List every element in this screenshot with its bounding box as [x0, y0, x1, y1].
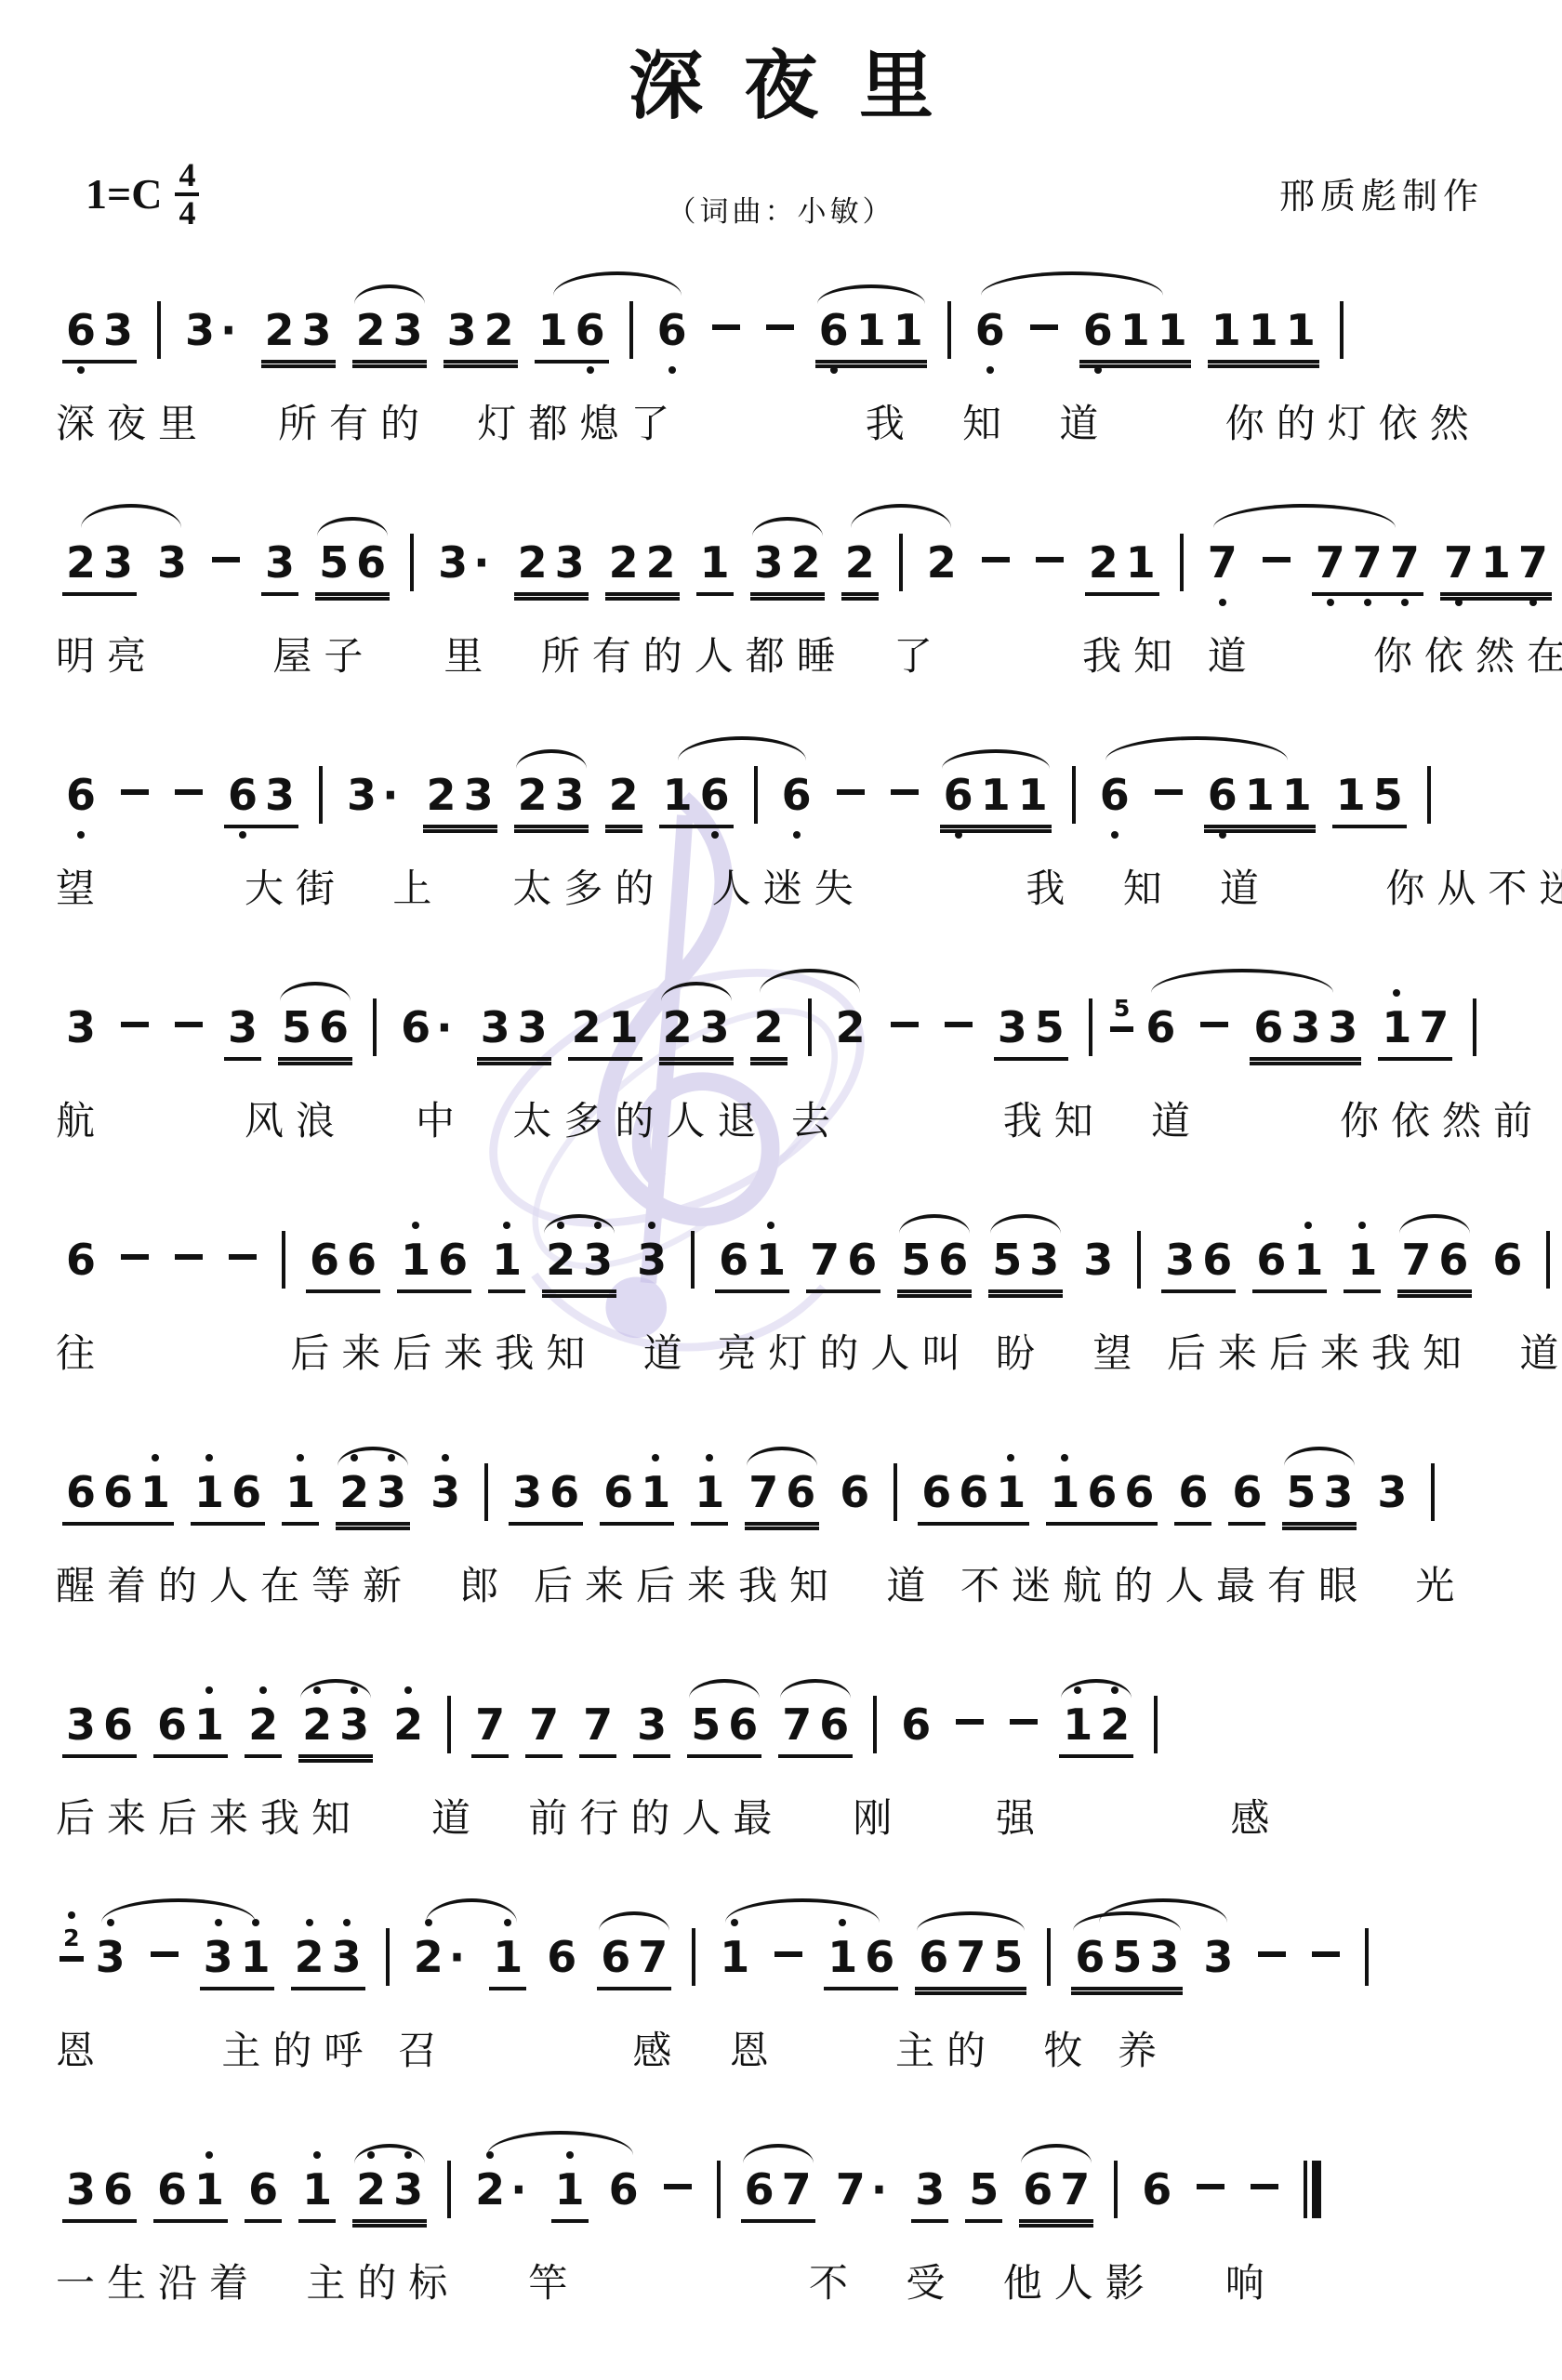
note-group: 111 — [1208, 305, 1319, 364]
note-group: 16 — [535, 305, 609, 364]
lyrics-row: 往 后来后来我知 道 亮灯的人叫 盼 望 后来后来我知 道 — [52, 1323, 1510, 1379]
note-group: 67 — [741, 2164, 815, 2223]
note-digit: 2 — [609, 537, 639, 588]
note-digit: 1 — [856, 305, 886, 355]
barline — [373, 998, 377, 1056]
note-group: 3 — [92, 1932, 129, 1987]
note-group: 23 — [542, 1235, 616, 1293]
note-digit: 1 — [1050, 1467, 1079, 1517]
note-digit: 2 — [265, 305, 295, 355]
grace-note-group: 5 — [1110, 995, 1134, 1029]
note-digit: 7 — [1444, 537, 1474, 588]
barline — [386, 1928, 390, 1986]
note-digit: 3 — [583, 1235, 613, 1285]
slur-arc — [1061, 1679, 1132, 1699]
note-digit: 2 — [1100, 1699, 1130, 1750]
note-digit: 1 — [700, 537, 730, 588]
note-group: 2· — [471, 2164, 535, 2219]
note-group: 22 — [605, 537, 680, 596]
barline — [447, 2161, 451, 2218]
note-digit: 7 — [1316, 537, 1345, 588]
slur-arc — [760, 969, 860, 993]
note-digit: 3 — [998, 1002, 1027, 1052]
note-digit: 3 — [754, 537, 784, 588]
note-digit: 1 — [695, 1467, 724, 1517]
note-digit: 6 — [157, 2164, 187, 2215]
note-group: 3 — [1199, 1932, 1237, 1987]
note-group: 3 — [911, 2164, 948, 2223]
lyrics-row: 后来后来我知 道 前行的人最 刚 强 感 — [52, 1788, 1510, 1844]
barline — [1072, 766, 1076, 824]
note-group: 31 — [200, 1932, 274, 1990]
note-digit: 6 — [66, 1235, 96, 1285]
note-group: 6 — [778, 770, 815, 825]
note-digit: 3 — [1203, 1932, 1233, 1982]
note-digit: 3 — [700, 1002, 730, 1052]
note-group: 1 — [691, 1467, 728, 1526]
duration-dash — [212, 557, 240, 562]
barline — [319, 766, 323, 824]
slur-arc — [817, 284, 925, 304]
note-digit: 3 — [555, 537, 585, 588]
note-digit: 6 — [401, 1002, 430, 1052]
note-digit: 7 — [1060, 2164, 1090, 2215]
notation-row: 6633·23232166611661115 — [52, 727, 1510, 853]
slur-arc — [487, 2131, 633, 2155]
note-group: 23 — [261, 305, 336, 364]
note-group: 1 — [282, 1467, 319, 1526]
slur-arc — [599, 1911, 669, 1931]
note-digit: 1 — [1481, 537, 1511, 588]
note-group: 67 — [597, 1932, 671, 1990]
note-group: 63 — [62, 305, 137, 364]
note-digit: 6 — [438, 1235, 468, 1285]
note-digit: 3 — [1149, 1932, 1179, 1982]
slur-arc — [338, 1447, 408, 1466]
note-group: 23 — [659, 1002, 734, 1061]
note-group: 15 — [1332, 770, 1407, 828]
note-digit: 6 — [1087, 1467, 1117, 1517]
note-digit: 3 — [66, 1699, 96, 1750]
note-digit: 6 — [347, 1235, 377, 1285]
note-digit: 6 — [1023, 2164, 1052, 2215]
note-digit: 7 — [1401, 1235, 1431, 1285]
note-digit: 2 — [427, 770, 457, 820]
slur-arc — [1399, 1214, 1470, 1234]
lyrics-row: 明亮 屋子 里 所有的人都睡 了 我知 道 你依然在守 — [52, 626, 1510, 681]
duration-dash — [151, 1951, 179, 1957]
slur-arc — [981, 271, 1163, 296]
note-group: 56 — [315, 537, 390, 596]
note-digit: 1 — [194, 2164, 224, 2215]
note-digit: 5 — [319, 537, 349, 588]
note-digit: 3 — [377, 1467, 406, 1517]
duration-dash — [1036, 557, 1064, 562]
duration-dash — [837, 789, 865, 795]
note-digit: 6 — [865, 1932, 894, 1982]
barline — [808, 998, 812, 1056]
note-group: 23 — [62, 537, 137, 596]
note-group: 7 — [579, 1699, 616, 1758]
note-digit: 2 — [572, 1002, 602, 1052]
note-group: 6 — [605, 2164, 642, 2219]
notation-row: 2331232·16671166756533 — [52, 1889, 1510, 2015]
note-digit: 2 — [546, 1235, 576, 1285]
note-group: 2 — [390, 1699, 427, 1754]
note-group: 3 — [633, 1235, 670, 1289]
note-digit: 6 — [103, 1467, 133, 1517]
note-digit: 6 — [975, 305, 1005, 355]
note-digit: 3 — [1291, 1002, 1320, 1052]
slur-arc — [544, 1214, 615, 1234]
slur-arc — [899, 1214, 970, 1234]
note-group: 6 — [836, 1467, 873, 1522]
note-digit: 6 — [232, 1467, 261, 1517]
note-group: 61 — [153, 2164, 228, 2223]
sheet-content: 深夜里 1=C 4 4 （词曲：小敏） 邢质彪制作 633·2323321666… — [0, 0, 1562, 2354]
note-digit: 2 — [248, 1699, 278, 1750]
note-digit: 2 — [484, 305, 514, 355]
barline — [1365, 1928, 1369, 1986]
note-digit: 6 — [782, 770, 812, 820]
lyrics-row: 恩 主的呼 召 感 恩 主的 牧 养 — [52, 2020, 1510, 2076]
note-digit: 3 — [1328, 1002, 1357, 1052]
duration-dash — [1010, 1719, 1038, 1725]
barline — [1546, 1231, 1550, 1289]
note-group: 32 — [443, 305, 518, 364]
duration-dash — [1251, 2184, 1278, 2189]
note-digit: 6 — [547, 1932, 576, 1982]
note-digit: 6 — [157, 1699, 187, 1750]
note-group: 76 — [745, 1467, 819, 1526]
note-digit: 3 — [512, 1467, 542, 1517]
note-group: 653 — [1071, 1932, 1183, 1990]
note-digit: 1 — [1282, 770, 1312, 820]
note-group: 5 — [965, 2164, 1002, 2223]
note-digit: 6 — [248, 2164, 278, 2215]
barline — [410, 534, 414, 591]
slur-arc — [678, 736, 806, 760]
note-group: 3· — [434, 537, 497, 592]
note-group: 61 — [715, 1235, 789, 1293]
note-group: 76 — [1397, 1235, 1472, 1293]
slur-arc — [300, 1679, 371, 1699]
barline — [447, 1696, 451, 1753]
note-digit: 1 — [1245, 770, 1275, 820]
slur-arc — [661, 982, 732, 1001]
duration-dash — [1263, 557, 1291, 562]
note-group: 21 — [568, 1002, 642, 1061]
note-group: 16 — [397, 1235, 471, 1293]
barline — [873, 1696, 877, 1753]
note-group: 16 — [659, 770, 734, 828]
slur-arc — [747, 1447, 817, 1466]
note-digit: 6 — [1075, 1932, 1105, 1982]
note-digit: 5 — [1112, 1932, 1142, 1982]
note-digit: 6 — [819, 305, 849, 355]
note-digit: 2 — [518, 770, 548, 820]
page-title: 深夜里 — [52, 46, 1510, 128]
music-line-4: 33566·33212322355663317航 风浪 中 太多的人退 去 我知… — [52, 959, 1510, 1192]
note-digit: 7 — [782, 2164, 812, 2215]
note-digit: 6 — [66, 1467, 96, 1517]
note-digit: 3 — [637, 1235, 667, 1285]
barline — [1473, 998, 1476, 1056]
note-group: 6 — [245, 2164, 282, 2223]
note-group: 6 — [897, 1699, 934, 1754]
note-digit: 7 — [1208, 537, 1238, 588]
note-digit: 1 — [756, 1235, 786, 1285]
duration-dash — [1197, 2184, 1224, 2189]
note-digit: 3 — [66, 1002, 96, 1052]
note-digit: 2 — [339, 1467, 369, 1517]
slur-arc — [1099, 1898, 1227, 1923]
note-digit: 1 — [1347, 1235, 1377, 1285]
duration-dash — [712, 324, 740, 330]
note-group: 2 — [605, 770, 642, 828]
note-group: 66 — [306, 1235, 380, 1293]
note-digit: 2 — [66, 537, 96, 588]
note-group: 32 — [750, 537, 825, 596]
note-digit: 1 — [996, 1467, 1026, 1517]
note-group: 17 — [1378, 1002, 1452, 1061]
note-digit: 6 — [700, 770, 730, 820]
note-group: 1 — [489, 1932, 526, 1990]
barline — [1427, 766, 1431, 824]
note-group: 3 — [1079, 1235, 1117, 1289]
note-digit: 1 — [609, 1002, 639, 1052]
note-digit: 1 — [720, 1932, 749, 1982]
note-digit: 6 — [66, 305, 96, 355]
note-digit: 6 — [1142, 2164, 1171, 2215]
note-group: 36 — [62, 1699, 137, 1758]
note-digit: 3 — [1165, 1235, 1195, 1285]
note-digit: 6 — [576, 305, 605, 355]
notation-row: 366161232·16677·35676 — [52, 2122, 1510, 2247]
time-signature-denominator: 4 — [179, 196, 195, 231]
note-group: 36 — [62, 2164, 137, 2223]
duration-dash — [891, 789, 919, 795]
note-digit: 7 — [1518, 537, 1548, 588]
note-digit: 2 — [609, 770, 639, 820]
slur-arc — [917, 1911, 1025, 1931]
note-digit: 5 — [691, 1699, 721, 1750]
note-group: 3 — [633, 1699, 670, 1758]
note-group: 633 — [1250, 1002, 1361, 1061]
note-digit: 5 — [1035, 1002, 1065, 1052]
augmentation-dot: · — [510, 2164, 526, 2215]
augmentation-dot: · — [473, 537, 489, 588]
note-digit: 6 — [1178, 1467, 1208, 1517]
note-digit: 6 — [356, 537, 386, 588]
note-group: 3· — [181, 305, 245, 360]
note-digit: 3 — [103, 305, 133, 355]
note-digit: 3 — [393, 305, 423, 355]
barline — [1154, 1696, 1158, 1753]
note-digit: 6 — [603, 1467, 633, 1517]
sheet-music-page: { "header": { "title": "深夜里", "key": "1=… — [0, 0, 1562, 2380]
note-digit: 1 — [140, 1467, 170, 1517]
note-group: 6 — [972, 305, 1009, 360]
note-digit: 6 — [959, 1467, 988, 1517]
note-digit: 2 — [791, 537, 821, 588]
note-digit: 3 — [103, 537, 133, 588]
note-group: 23 — [514, 537, 589, 596]
note-group: 2· — [410, 1932, 473, 1987]
note-digit: 6 — [1124, 1467, 1154, 1517]
note-digit: 5 — [1286, 1467, 1316, 1517]
note-digit: 7 — [810, 1235, 840, 1285]
note-digit: 7 — [1390, 537, 1420, 588]
note-group: 63 — [224, 770, 298, 828]
note-digit: 2 — [414, 1932, 443, 1982]
note-group: 6 — [1174, 1467, 1211, 1526]
note-digit: 1 — [493, 1932, 523, 1982]
producer-credit: 邢质彪制作 — [1279, 167, 1484, 218]
note-digit: 1 — [302, 2164, 332, 2215]
lyrics-row: 醒着的人在等新 郎 后来后来我知 道 不迷航的人最有眼 光 — [52, 1555, 1510, 1611]
note-digit: 6 — [103, 2164, 133, 2215]
note-digit: 6 — [549, 1467, 579, 1517]
note-digit: 1 — [241, 1932, 271, 1982]
note-digit: 6 — [228, 770, 258, 820]
note-digit: 3 — [66, 2164, 96, 2215]
note-group: 1 — [716, 1932, 753, 1987]
note-digit: 1 — [663, 770, 693, 820]
key-signature: 1=C 4 4 — [86, 158, 199, 230]
slur-arc — [426, 1898, 517, 1923]
note-group: 1 — [696, 537, 734, 596]
note-digit: 3 — [265, 770, 295, 820]
duration-dash — [121, 789, 149, 795]
barline — [1180, 534, 1184, 591]
note-digit: 6 — [310, 1235, 339, 1285]
duration-dash — [1258, 1951, 1286, 1957]
note-group: 23 — [291, 1932, 365, 1990]
note-group: 1 — [298, 2164, 336, 2223]
slur-arc — [81, 504, 181, 528]
note-digit: 2 — [356, 305, 386, 355]
note-digit: 1 — [1063, 1699, 1092, 1750]
note-group: 2 — [841, 537, 879, 596]
note-group: 2 — [832, 1002, 869, 1057]
slur-arc — [1284, 1447, 1355, 1466]
slur-arc — [780, 1679, 851, 1699]
duration-dash — [175, 1022, 203, 1027]
slur-arc — [743, 2144, 814, 2163]
augmentation-dot: · — [871, 2164, 887, 2215]
slur-arc — [1151, 969, 1333, 993]
note-digit: 3 — [185, 305, 215, 355]
note-digit: 1 — [492, 1235, 522, 1285]
note-group: 23 — [298, 1699, 373, 1758]
augmentation-dot: · — [382, 770, 398, 820]
note-digit: 3 — [1029, 1235, 1059, 1285]
note-group: 2 — [245, 1699, 282, 1758]
note-digit: 1 — [555, 2164, 585, 2215]
note-digit: 1 — [194, 1699, 224, 1750]
note-digit: 7 — [836, 2164, 866, 2215]
music-line-1: 633·2323321666116611111深夜里 所有的 灯都熄了 我 知 … — [52, 262, 1510, 495]
note-digit: 3 — [447, 305, 477, 355]
note-group: 2 — [750, 1002, 788, 1061]
note-digit: 6 — [609, 2164, 639, 2215]
note-digit: 6 — [1256, 1235, 1286, 1285]
time-signature-numerator: 4 — [175, 158, 199, 196]
note-group: 7 — [525, 1699, 563, 1758]
note-digit: 2 — [836, 1002, 866, 1052]
barline — [899, 534, 903, 591]
note-digit: 2 — [63, 1924, 80, 1951]
note-digit: 3 — [339, 1699, 369, 1750]
note-digit: 3 — [481, 1002, 510, 1052]
key-label: 1=C — [86, 169, 162, 218]
note-digit: 7 — [748, 1467, 778, 1517]
note-digit: 3 — [518, 1002, 548, 1052]
note-digit: 1 — [641, 1467, 670, 1517]
note-group: 16 — [191, 1467, 265, 1526]
note-digit: 6 — [728, 1699, 758, 1750]
note-digit: 2 — [295, 1932, 324, 1982]
note-group: 7 — [1204, 537, 1241, 592]
barline — [691, 1231, 695, 1289]
augmentation-dot: · — [220, 305, 236, 355]
note-digit: 6 — [819, 1699, 849, 1750]
note-digit: 6 — [1438, 1235, 1468, 1285]
duration-dash — [664, 2184, 692, 2189]
lyrics-row: 航 风浪 中 太多的人退 去 我知 道 你依然前 — [52, 1091, 1510, 1146]
note-digit: 6 — [1083, 305, 1113, 355]
note-group: 6 — [1142, 1002, 1179, 1057]
note-group: 675 — [915, 1932, 1026, 1990]
note-digit: 6 — [1202, 1235, 1232, 1285]
note-digit: 2 — [302, 1699, 332, 1750]
note-group: 36 — [1161, 1235, 1236, 1293]
note-digit: 2 — [475, 2164, 505, 2215]
note-group: 56 — [687, 1699, 761, 1758]
note-group: 21 — [1085, 537, 1159, 596]
lyrics-row: 深夜里 所有的 灯都熄了 我 知 道 你的灯依然 — [52, 393, 1510, 449]
note-digit: 2 — [845, 537, 875, 588]
note-digit: 1 — [894, 305, 923, 355]
note-group: 6 — [1138, 2164, 1175, 2219]
note-digit: 1 — [1018, 770, 1048, 820]
note-group: 61 — [1252, 1235, 1327, 1293]
note-group: 661 — [62, 1467, 174, 1526]
note-digit: 3 — [464, 770, 494, 820]
note-digit: 1 — [1158, 305, 1187, 355]
notation-row: 2333563·232213222217777717 — [52, 495, 1510, 620]
note-group: 61 — [153, 1699, 228, 1758]
slur-arc — [516, 749, 587, 769]
duration-dash — [1155, 789, 1183, 795]
lyrics-row: 望 大街 上 太多的 人迷失 我 知 道 你从不迷 — [52, 858, 1510, 914]
note-digit: 1 — [194, 1467, 224, 1517]
note-digit: 6 — [921, 1467, 951, 1517]
slur-arc — [1105, 736, 1288, 760]
note-group: 3 — [153, 537, 191, 592]
duration-dash — [766, 324, 794, 330]
note-digit: 6 — [657, 305, 687, 355]
barline — [1114, 2161, 1118, 2218]
duration-dash — [956, 1719, 984, 1725]
slur-arc — [1213, 504, 1396, 528]
note-digit: 3 — [438, 537, 468, 588]
note-group: 611 — [1204, 770, 1316, 828]
note-group: 23 — [352, 2164, 427, 2223]
note-digit: 1 — [1336, 770, 1366, 820]
barline — [629, 301, 633, 359]
